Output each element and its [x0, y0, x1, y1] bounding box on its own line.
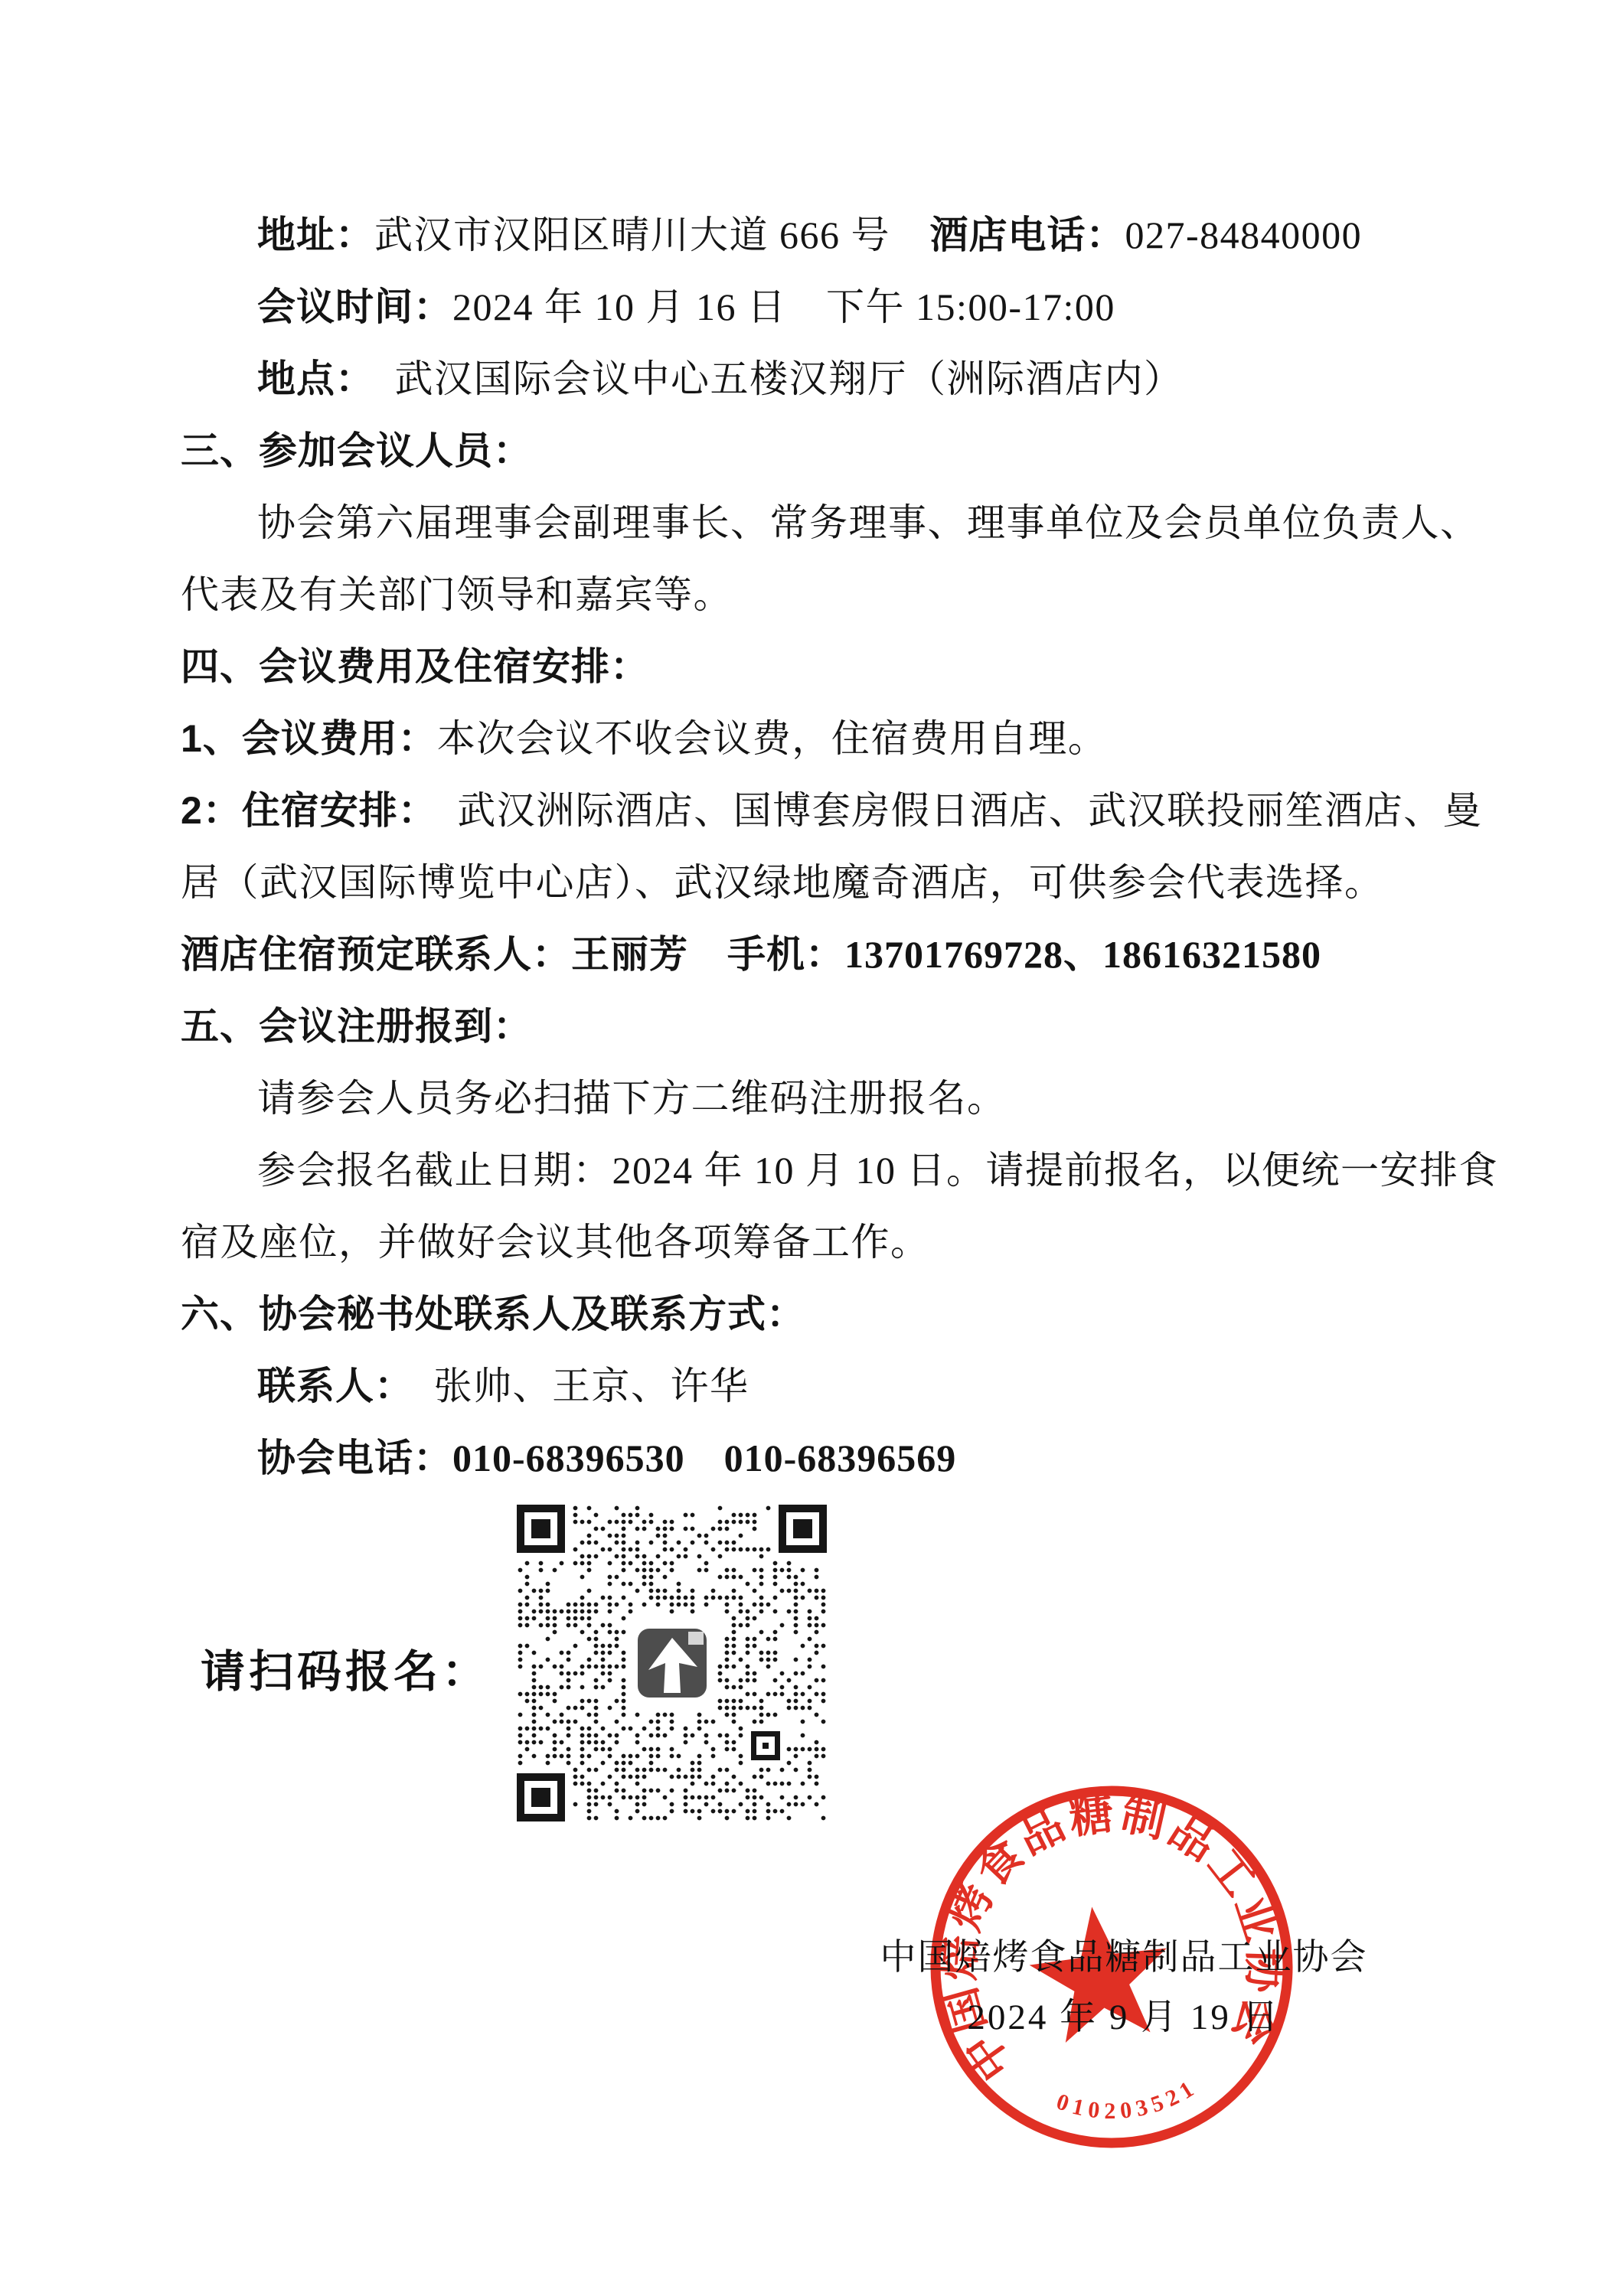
text-segment: 酒店住宿预定联系人：王丽芳 手机： — [181, 933, 844, 976]
text-line: 地点： 武汉国际会议中心五楼汉翔厅（洲际酒店内） — [0, 343, 1623, 415]
text-line: 协会电话：010-68396530 010-68396569 — [0, 1422, 1623, 1494]
text-segment: 027-84840000 — [1125, 214, 1363, 256]
qr-code-graphic — [517, 1505, 827, 1821]
text-segment: 酒店电话： — [930, 214, 1125, 256]
text-segment: 请参会人员务必扫描下方二维码注册报名。 — [257, 1077, 1007, 1120]
text-line: 地址：武汉市汉阳区晴川大道 666 号 酒店电话：027-84840000 — [0, 199, 1623, 271]
text-line: 三、参加会议人员： — [0, 415, 1623, 487]
text-segment: 地点： — [257, 357, 355, 400]
text-segment: 协会第六届理事会副理事长、常务理事、理事单位及会员单位负责人、 — [257, 501, 1480, 544]
text-line: 代表及有关部门领导和嘉宾等。 — [0, 559, 1623, 631]
text-line: 1、会议费用：本次会议不收会议费，住宿费用自理。 — [0, 703, 1623, 775]
text-line: 四、会议费用及住宿安排： — [0, 631, 1623, 703]
text-line: 请参会人员务必扫描下方二维码注册报名。 — [0, 1062, 1623, 1134]
text-line: 宿及座位，并做好会议其他各项筹备工作。 — [0, 1206, 1623, 1278]
qr-code — [517, 1505, 827, 1821]
text-segment: 本次会议不收会议费，住宿费用自理。 — [437, 717, 1108, 760]
text-segment: 参会报名截止日期：2024 年 10 月 10 日。请提前报名，以便统一安排食 — [257, 1149, 1498, 1192]
document-page: 地址：武汉市汉阳区晴川大道 666 号 酒店电话：027-84840000会议时… — [0, 0, 1623, 2296]
text-segment: 四、会议费用及住宿安排： — [181, 645, 649, 688]
text-segment: 2：住宿安排： — [181, 789, 418, 832]
text-line: 2：住宿安排： 武汉洲际酒店、国博套房假日酒店、武汉联投丽笙酒店、曼 — [0, 775, 1623, 846]
text-segment: 1、会议费用： — [181, 717, 437, 760]
text-segment: 会议时间： — [257, 285, 452, 328]
text-segment: 居（武汉国际博览中心店）、武汉绿地魔奇酒店，可供参会代表选择。 — [181, 861, 1384, 904]
text-segment: 协会电话： — [257, 1437, 452, 1479]
text-segment: 010-68396530 010-68396569 — [452, 1437, 956, 1479]
text-segment: 武汉市汉阳区晴川大道 666 号 — [374, 214, 890, 256]
text-segment — [890, 214, 930, 256]
text-segment: 张帅、王京、许华 — [394, 1365, 749, 1407]
text-segment: 联系人： — [257, 1365, 394, 1407]
text-segment: 六、协会秘书处联系人及联系方式： — [181, 1293, 805, 1336]
text-line: 会议时间：2024 年 10 月 16 日 下午 15:00-17:00 — [0, 271, 1623, 343]
text-segment: 2024 年 10 月 16 日 下午 15:00-17:00 — [452, 285, 1115, 328]
text-line: 五、会议注册报到： — [0, 990, 1623, 1062]
text-line: 酒店住宿预定联系人：王丽芳 手机：13701769728、18616321580 — [0, 918, 1623, 990]
document-body: 地址：武汉市汉阳区晴川大道 666 号 酒店电话：027-84840000会议时… — [0, 199, 1623, 1494]
text-segment: 五、会议注册报到： — [181, 1005, 532, 1048]
text-line: 联系人： 张帅、王京、许华 — [0, 1350, 1623, 1422]
text-line: 六、协会秘书处联系人及联系方式： — [0, 1278, 1623, 1350]
text-segment: 武汉国际会议中心五楼汉翔厅（洲际酒店内） — [355, 357, 1184, 400]
text-line: 居（武汉国际博览中心店）、武汉绿地魔奇酒店，可供参会代表选择。 — [0, 846, 1623, 918]
signature-org: 中国焙烤食品糖制品工业协会 — [860, 1934, 1388, 1981]
signature-date: 2024 年 9 月 19 日 — [894, 1994, 1354, 2041]
text-segment: 地址： — [257, 214, 374, 256]
text-segment: 宿及座位，并做好会议其他各项筹备工作。 — [181, 1221, 930, 1264]
seal-arc-text: 中国焙烤食品糖制品工业协会 — [913, 1769, 1303, 2094]
text-segment: 13701769728、18616321580 — [844, 933, 1321, 976]
text-segment: 三、参加会议人员： — [181, 429, 532, 472]
scan-label: 请扫码报名： — [201, 1647, 490, 1698]
text-line: 参会报名截止日期：2024 年 10 月 10 日。请提前报名，以便统一安排食 — [0, 1134, 1623, 1206]
text-segment: 武汉洲际酒店、国博套房假日酒店、武汉联投丽笙酒店、曼 — [418, 789, 1483, 832]
qr-center-logo — [638, 1629, 707, 1698]
text-line: 协会第六届理事会副理事长、常务理事、理事单位及会员单位负责人、 — [0, 487, 1623, 559]
text-segment: 代表及有关部门领导和嘉宾等。 — [181, 573, 733, 616]
